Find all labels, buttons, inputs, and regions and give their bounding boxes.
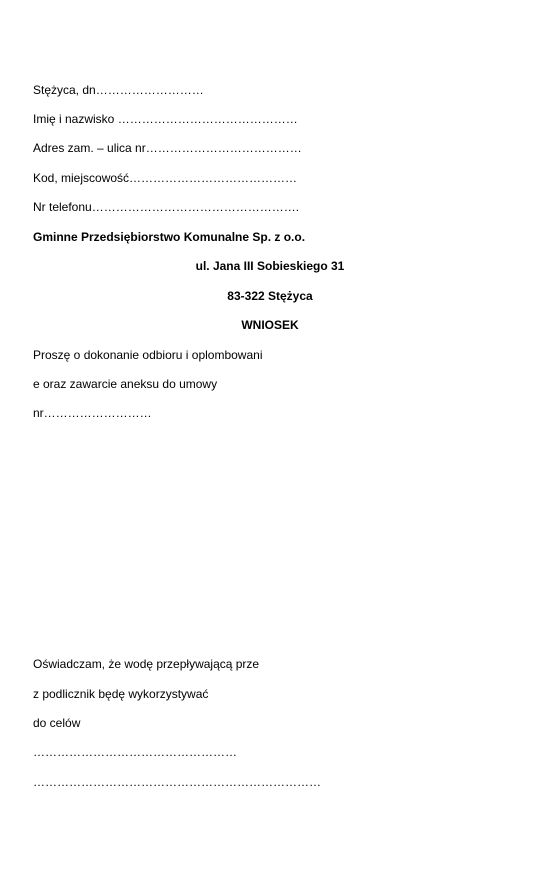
name-field: Imię i nazwisko ……………………………………… <box>33 112 298 126</box>
declaration-line-3: do celów <box>33 716 80 730</box>
purpose-field-1: …………………………………………… <box>33 745 237 759</box>
address-field: Adres zam. – ulica nr………………………………… <box>33 141 302 155</box>
declaration-line-1: Oświadczam, że wodę przepływającą prze <box>33 657 259 671</box>
document-title: WNIOSEK <box>0 318 540 332</box>
request-line-1: Proszę o dokonanie odbioru i oplombowani <box>33 348 262 362</box>
request-line-2: e oraz zawarcie aneksu do umowy <box>33 377 217 391</box>
recipient-name: Gminne Przedsiębiorstwo Komunalne Sp. z … <box>33 230 305 244</box>
contract-number-field: nr……………………… <box>33 406 152 420</box>
purpose-field-2: ……………………………………………………………… <box>33 775 321 789</box>
recipient-street: ul. Jana III Sobieskiego 31 <box>0 259 540 273</box>
phone-field: Nr telefonu……………………………………………. <box>33 200 299 214</box>
date-field: Stężyca, dn……………………… <box>33 83 204 97</box>
declaration-line-2: z podlicznik będę wykorzystywać <box>33 687 208 701</box>
postal-city-field: Kod, miejscowość…………………………………… <box>33 171 297 185</box>
recipient-city: 83-322 Stężyca <box>0 289 540 303</box>
